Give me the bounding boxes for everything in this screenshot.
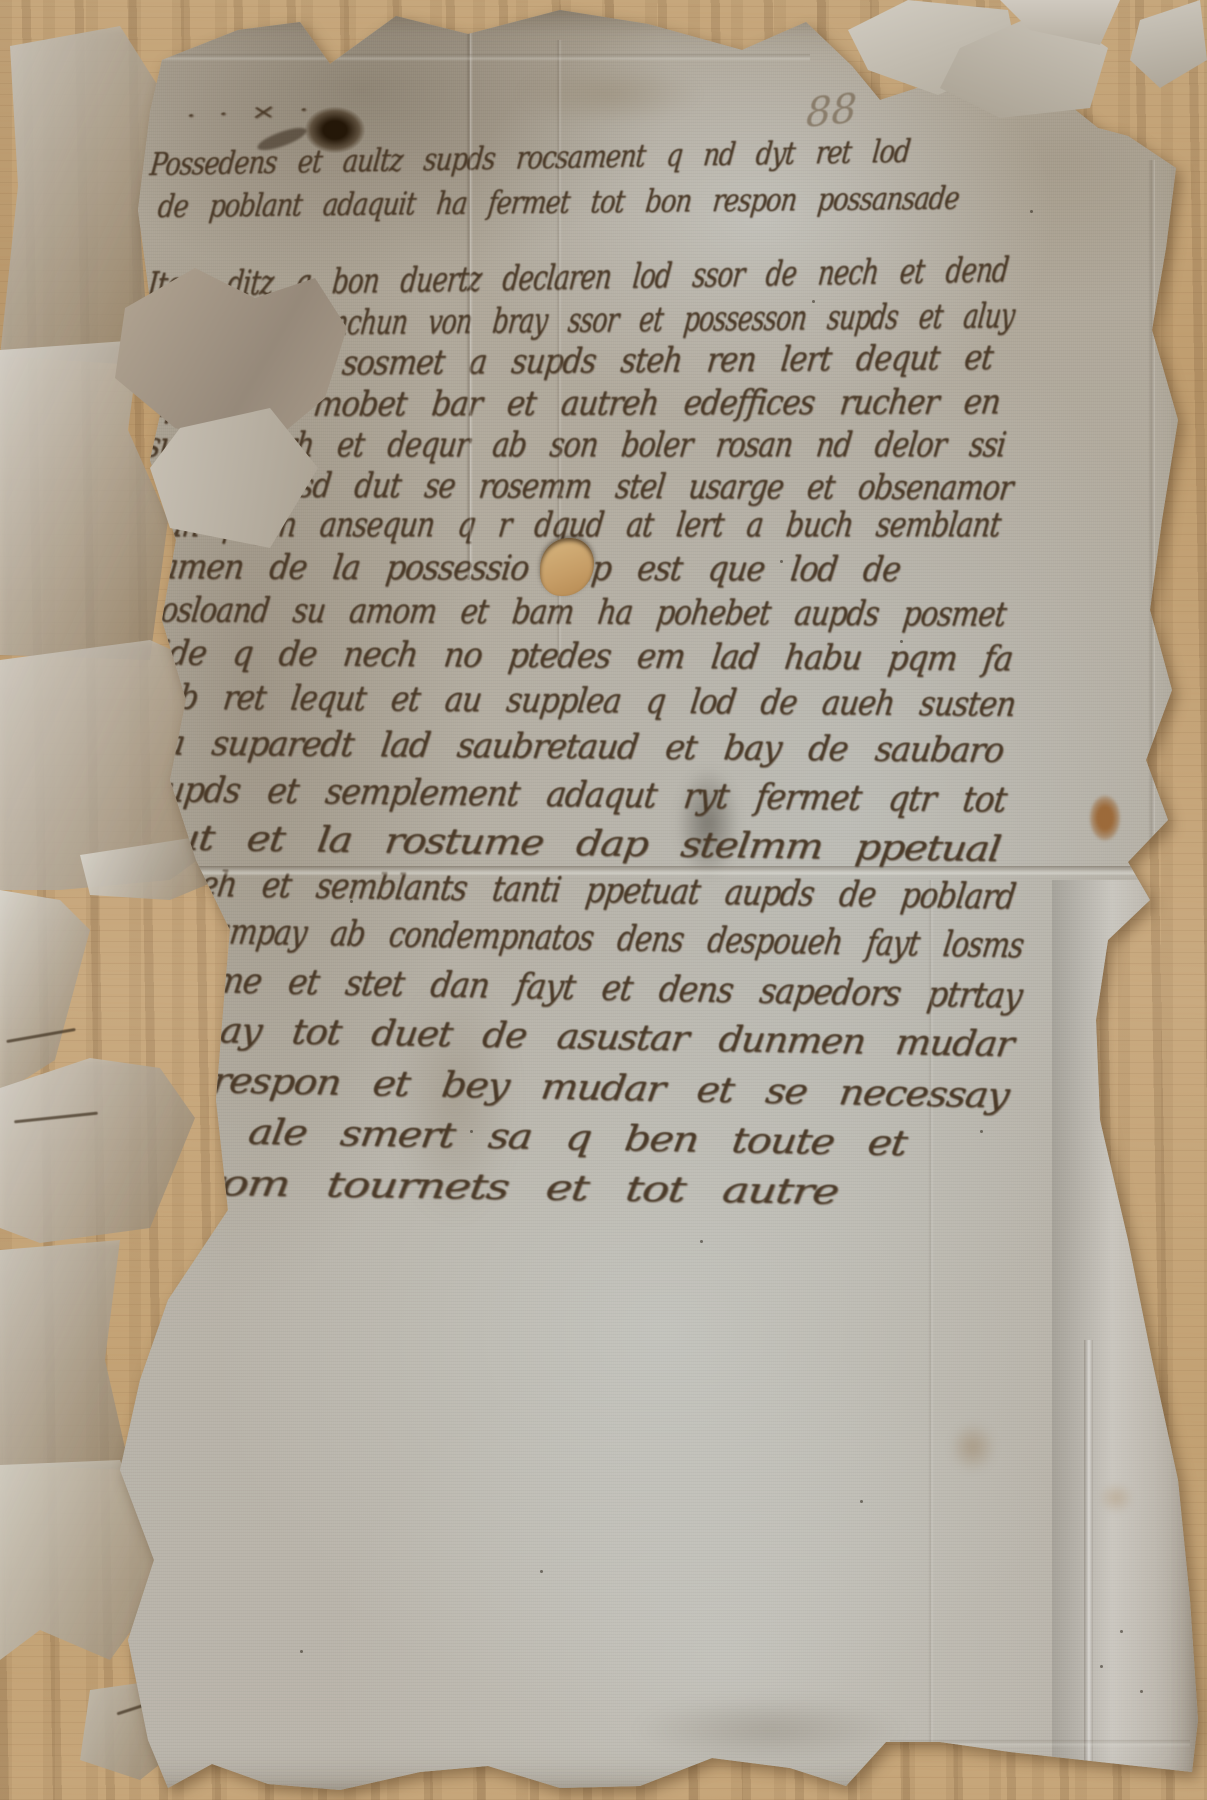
handwriting-line: ha suparedt lad saubretaud et bay de sau… [142,722,1005,770]
brown-stain [1094,1478,1138,1518]
manuscript-page: 88 Possedens et aultz supds rocsament q … [0,0,1207,1800]
horizontal-crease [150,54,810,61]
handwriting-line: ret ale smert sa q ben toute et [155,1109,909,1163]
manuscript-page-wrap: 88 Possedens et aultz supds rocsament q … [0,0,1207,1800]
paper-speck [1140,1690,1143,1693]
folded-edge-strip [1052,880,1202,1800]
paper-speck [1030,210,1033,213]
paper-speck [540,1570,543,1573]
vertical-crease [1084,1340,1093,1790]
handwriting-line: dide q de nech no ptedes em lad habu pqm… [137,632,1014,678]
handwriting-line: pob ret lequt et au supplea q lod de aue… [140,676,1017,724]
handwriting-line: posloand su amom et bam ha pohebet aupds… [140,589,1008,634]
brown-stain [1086,790,1124,846]
handwriting-line: smpampay ab condempnatos dens despoueh f… [152,909,1026,966]
vertical-crease [1148,160,1155,900]
scratch-marks: · · × · [185,98,307,128]
horizontal-crease [890,1740,1190,1747]
handwriting-line: but et la rostume dap stelmm ppetual [147,816,1002,869]
faint-stain [494,58,724,130]
paper-speck [980,1130,983,1133]
handwriting-line: Possedens et aultz supds rocsament q nd … [148,133,911,183]
paper-speck [1120,1630,1123,1633]
handwriting-line: tamen de la possessio dap est que lod de [145,546,902,589]
handwriting-line: de poblant adaquit ha fermet tot bon res… [156,180,961,225]
handwriting-line: arrom tournets et tot autre [153,1161,840,1212]
paper-speck [1100,1665,1103,1668]
folio-mark: 88 [805,85,857,137]
handwriting-line: torrespon et bey mudar et se necessay [155,1058,1011,1116]
faint-stain [600,1690,940,1770]
handwriting-line: deteh et semblants tanti ppetuat aupds d… [150,862,1017,917]
vertical-crease [928,880,934,1790]
paper-speck [860,1500,863,1503]
handwriting-line: supds et semplement adaqut ryt fermet qt… [145,768,1009,820]
brown-stain [944,1416,1002,1478]
photo-of-manuscript-on-wood-table: 88 Possedens et aultz supds rocsament q … [0,0,1207,1800]
handwriting-line: subay tot duet de asustar dunmen mudar [154,1008,1016,1064]
paper-speck [300,1650,303,1653]
paper-speck [700,1240,703,1243]
handwriting-line: estime et stet dan fayt et dens sapedors… [155,958,1024,1016]
